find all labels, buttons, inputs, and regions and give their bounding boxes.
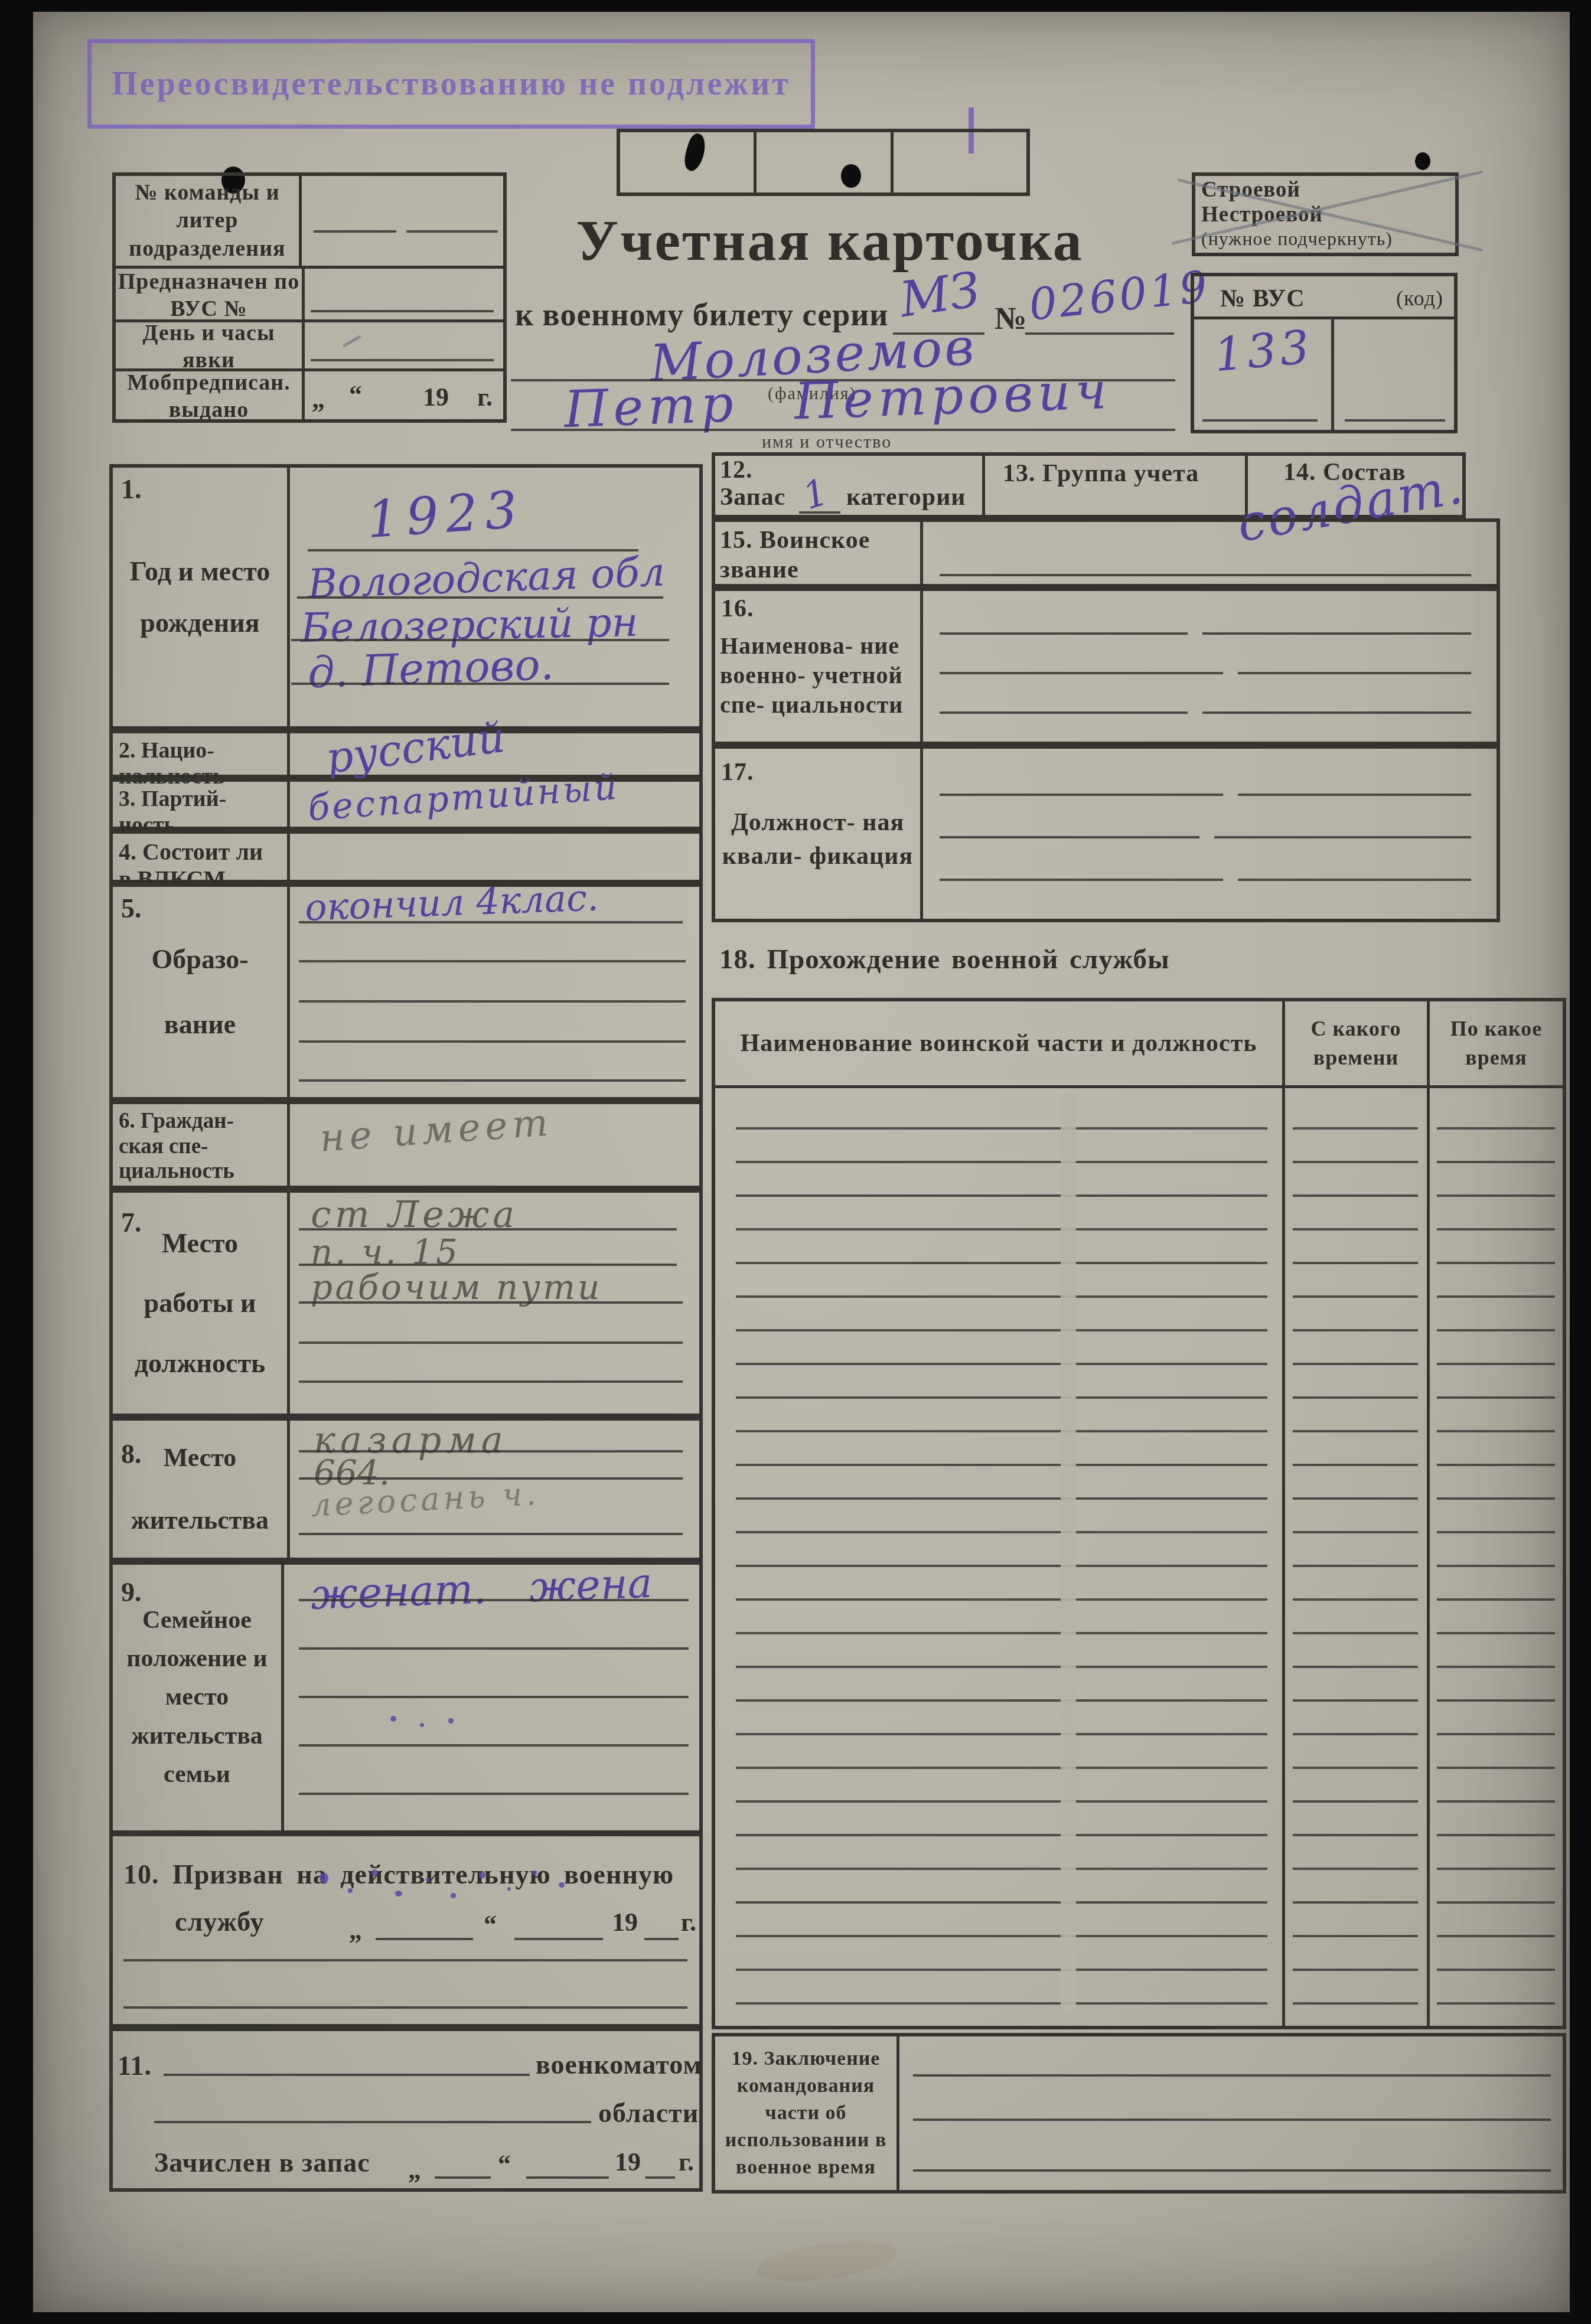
sections-12-13-14-row: 12. Запас 1 категории 13. Группа учета 1… xyxy=(712,452,1466,518)
divider xyxy=(1331,316,1334,430)
family-value: женат. жена xyxy=(310,1559,653,1619)
dispatch-row: Предназначен по ВУС № xyxy=(116,266,503,322)
ink-splatter xyxy=(559,1882,565,1888)
section-9-family: 9. Семейное положение и место жительства… xyxy=(109,1561,703,1834)
col-header-to: По какое время xyxy=(1430,1001,1563,1085)
section-14-composition: 14. Состав солдат. xyxy=(1248,456,1462,515)
section-5-education: 5. Образо- вание окончил 4клас. xyxy=(109,883,703,1101)
blank-line xyxy=(123,1959,687,1961)
ink-splatter xyxy=(448,1718,454,1724)
blank-line xyxy=(299,921,683,923)
section-label: 6. Граждан- ская спе- циальность xyxy=(113,1104,290,1186)
blank-line xyxy=(299,1079,686,1082)
blank-line xyxy=(913,2169,1551,2172)
section-19-conclusion: 19. Заключение командования части об исп… xyxy=(712,2033,1566,2194)
blank-line xyxy=(299,1040,686,1043)
section-7-work: 7. Место работы и должность ст Лежа п. ч… xyxy=(109,1189,703,1417)
year-19: 19 xyxy=(423,382,449,412)
stroevoy-box: Строевой Нестроевой (нужное подчеркнуть) xyxy=(1192,172,1459,256)
dispatch-row: День и часы явки xyxy=(116,319,503,371)
section-13-group: 13. Группа учета xyxy=(985,456,1248,515)
registration-card-scan: Переосвидетельствованию не подлежит № ко… xyxy=(0,0,1591,2324)
ink-splatter xyxy=(390,1716,396,1722)
blank-line xyxy=(1238,794,1471,796)
blank-line xyxy=(1238,879,1471,881)
blank-line xyxy=(514,1938,603,1940)
blank-line xyxy=(299,1744,689,1747)
vus-header-left: № ВУС xyxy=(1220,285,1305,313)
blank-line xyxy=(299,960,686,962)
ink-splatter xyxy=(371,1869,377,1876)
blank-line xyxy=(435,2176,491,2179)
vus-header-rule xyxy=(1194,316,1454,319)
blank-line xyxy=(314,230,396,233)
blank-line xyxy=(644,1938,679,1940)
section-label: Место жительства xyxy=(113,1421,290,1558)
blank-line xyxy=(913,2119,1551,2121)
section-label: 2. Нацио- нальность xyxy=(113,733,290,775)
blank-line xyxy=(1202,632,1471,635)
birth-village: д. Петово. xyxy=(307,639,555,697)
blank-line xyxy=(299,1599,689,1601)
section-label: 19. Заключение командования части об исп… xyxy=(715,2036,899,2190)
blank-line xyxy=(1202,419,1318,422)
blank-line xyxy=(291,683,669,685)
blank-line xyxy=(299,1000,686,1003)
quote-open: „ xyxy=(349,1915,362,1946)
section-label: Год и место рождения xyxy=(113,468,290,726)
blank-line xyxy=(297,596,663,599)
blank-line xyxy=(940,879,1223,881)
year-g: г. xyxy=(679,2147,694,2177)
quote-open: „ xyxy=(408,2155,421,2185)
blank-line xyxy=(1345,419,1445,422)
blank-line xyxy=(299,1647,689,1650)
year-g: г. xyxy=(681,1907,696,1937)
punch-hole xyxy=(1415,152,1430,170)
table-rule-column xyxy=(1293,1096,1418,2008)
vus-value-handwritten: 133 xyxy=(1212,321,1315,382)
blank-line xyxy=(291,639,669,641)
table-rule-gap xyxy=(1061,1094,1076,2012)
blank-line xyxy=(1025,332,1174,335)
ink-splatter xyxy=(348,1888,353,1893)
section-17-qualification: 17. Должност- ная квали- фикация xyxy=(712,745,1500,922)
quote-close: “ xyxy=(349,380,362,410)
blank-line xyxy=(123,2006,687,2009)
ink-splatter xyxy=(420,1723,424,1727)
blank-line xyxy=(311,310,494,312)
blank-line xyxy=(154,2121,591,2123)
blank-line xyxy=(299,1228,677,1230)
dispatch-row: № команды и литер подразделения xyxy=(116,176,503,266)
year-19: 19 xyxy=(615,2147,641,2177)
divider xyxy=(754,132,757,192)
table-header: Наименование воинской части и должность … xyxy=(715,1001,1563,1088)
section-label: Семейное положение и место жительства се… xyxy=(113,1565,284,1830)
section-6-civil-speciality: 6. Граждан- ская спе- циальность не имее… xyxy=(109,1101,703,1189)
ink-splatter xyxy=(479,1872,485,1878)
blank-line xyxy=(164,2074,530,2076)
blank-line xyxy=(940,836,1199,838)
pencil-mark xyxy=(343,335,361,347)
blank-line xyxy=(799,511,840,514)
blank-line xyxy=(311,359,494,361)
blank-line xyxy=(299,1341,683,1344)
blank-line xyxy=(1202,711,1471,714)
table-body xyxy=(715,1085,1563,2026)
quote-close: “ xyxy=(484,1910,497,1940)
page-title: Учетная карточка xyxy=(532,208,1128,274)
blank-line xyxy=(913,2074,1551,2077)
ink-splatter xyxy=(319,1873,328,1884)
section-10-conscription: 10. Призван на действительную военную сл… xyxy=(109,1833,703,2028)
stamp-text: Переосвидетельствованию не подлежит xyxy=(112,65,791,103)
blank-line xyxy=(940,794,1223,796)
blank-line xyxy=(299,1696,689,1698)
section-18-title: 18. Прохождение военной службы xyxy=(719,944,1170,975)
ink-splatter xyxy=(395,1891,402,1897)
service-table: Наименование воинской части и должность … xyxy=(712,998,1566,2029)
conscription-line1: 10. Призван на действительную военную xyxy=(123,1859,674,1890)
number-sign: № xyxy=(995,300,1027,337)
section-label: 15. Воинское звание xyxy=(715,522,923,584)
col-header-unit: Наименование воинской части и должность xyxy=(715,1001,1282,1085)
section-12-reserve: 12. Запас 1 категории xyxy=(715,456,985,515)
ink-splatter xyxy=(507,1887,511,1891)
ink-splatter xyxy=(532,1871,537,1875)
section-label: Образо- вание xyxy=(113,887,290,1097)
section-label: Место работы и должность xyxy=(113,1193,290,1414)
blank-line xyxy=(406,230,498,233)
section-3-party: 3. Партий- ность беспартийный xyxy=(109,778,703,830)
col-header-from: С какого времени xyxy=(1285,1001,1427,1085)
ink-splatter xyxy=(451,1893,456,1898)
section-label: Должност- ная квали- фикация xyxy=(715,749,923,919)
blank-line xyxy=(299,1301,683,1304)
blank-line xyxy=(299,1380,683,1383)
dispatch-box: № команды и литер подразделения Предназн… xyxy=(112,172,507,423)
conscription-line2: службу „ “ 19 г. xyxy=(113,1906,699,1947)
blank-line xyxy=(1238,672,1471,674)
voenkomat-word: военкоматом xyxy=(536,2049,702,2080)
revalidation-stamp: Переосвидетельствованию не подлежит xyxy=(87,39,815,129)
vus-header-right: (код) xyxy=(1396,286,1443,311)
vus-box: № ВУС (код) 133 xyxy=(1191,273,1458,433)
table-rule-column xyxy=(1437,1096,1555,2008)
birth-year: 1923 xyxy=(365,480,526,550)
section-16-military-speciality: 16. Наименова- ние военно- учетной спе- … xyxy=(712,587,1500,745)
quote-close: “ xyxy=(498,2149,511,2179)
section-8-residence: 8. Место жительства казарма 664. легосан… xyxy=(109,1417,703,1561)
section-label: 4. Состоит ли в ВЛКСМ xyxy=(113,834,290,880)
blank-line xyxy=(299,1793,689,1795)
dispatch-label: День и часы явки xyxy=(116,322,305,371)
section-number: 11. xyxy=(118,2050,152,2081)
blank-line xyxy=(376,1938,473,1940)
civil-speciality-value: не имеет xyxy=(318,1101,554,1160)
blank-line xyxy=(526,2176,609,2179)
blank-line xyxy=(940,632,1188,635)
ink-splatter xyxy=(426,1878,430,1882)
dispatch-label: № команды и литер подразделения xyxy=(116,176,302,266)
blank-line xyxy=(940,574,1471,576)
section-label: 3. Партий- ность xyxy=(113,782,290,827)
section-4-vlksm: 4. Состоит ли в ВЛКСМ xyxy=(109,830,703,883)
name-caption: имя и отчество xyxy=(762,432,892,452)
blank-line xyxy=(299,1264,677,1266)
blank-line xyxy=(511,429,1175,431)
blank-line xyxy=(1214,836,1471,838)
section-1-birth: 1. Год и место рождения 1923 Вологодская… xyxy=(109,464,703,730)
section-11-enlistment-office: 11. военкоматом области Зачислен в запас… xyxy=(109,2028,703,2192)
dispatch-label: Предназначен по ВУС № xyxy=(116,269,305,322)
blank-line xyxy=(645,2176,675,2179)
section-15-rank: 15. Воинское звание xyxy=(712,518,1500,587)
table-rule-column xyxy=(736,1096,1267,2008)
reserve-line: Зачислен в запас „ “ 19 г. xyxy=(113,2147,699,2188)
blank-line xyxy=(940,672,1223,674)
divider xyxy=(891,132,894,192)
quote-open: „ xyxy=(312,384,325,414)
top-registry-box xyxy=(617,129,1030,196)
dispatch-row: Мобпредписан. выдано „ “ 19 г. xyxy=(116,368,503,422)
oblast-word: области xyxy=(598,2097,699,2129)
dispatch-label: Мобпредписан. выдано xyxy=(116,371,305,422)
blank-line xyxy=(299,1533,683,1535)
birth-region: Вологодская обл xyxy=(307,549,666,608)
blank-line xyxy=(940,711,1188,714)
section-label: Наименова- ние военно- учетной спе- циал… xyxy=(715,591,923,742)
year-19: 19 xyxy=(612,1907,638,1937)
year-g: г. xyxy=(477,382,493,412)
